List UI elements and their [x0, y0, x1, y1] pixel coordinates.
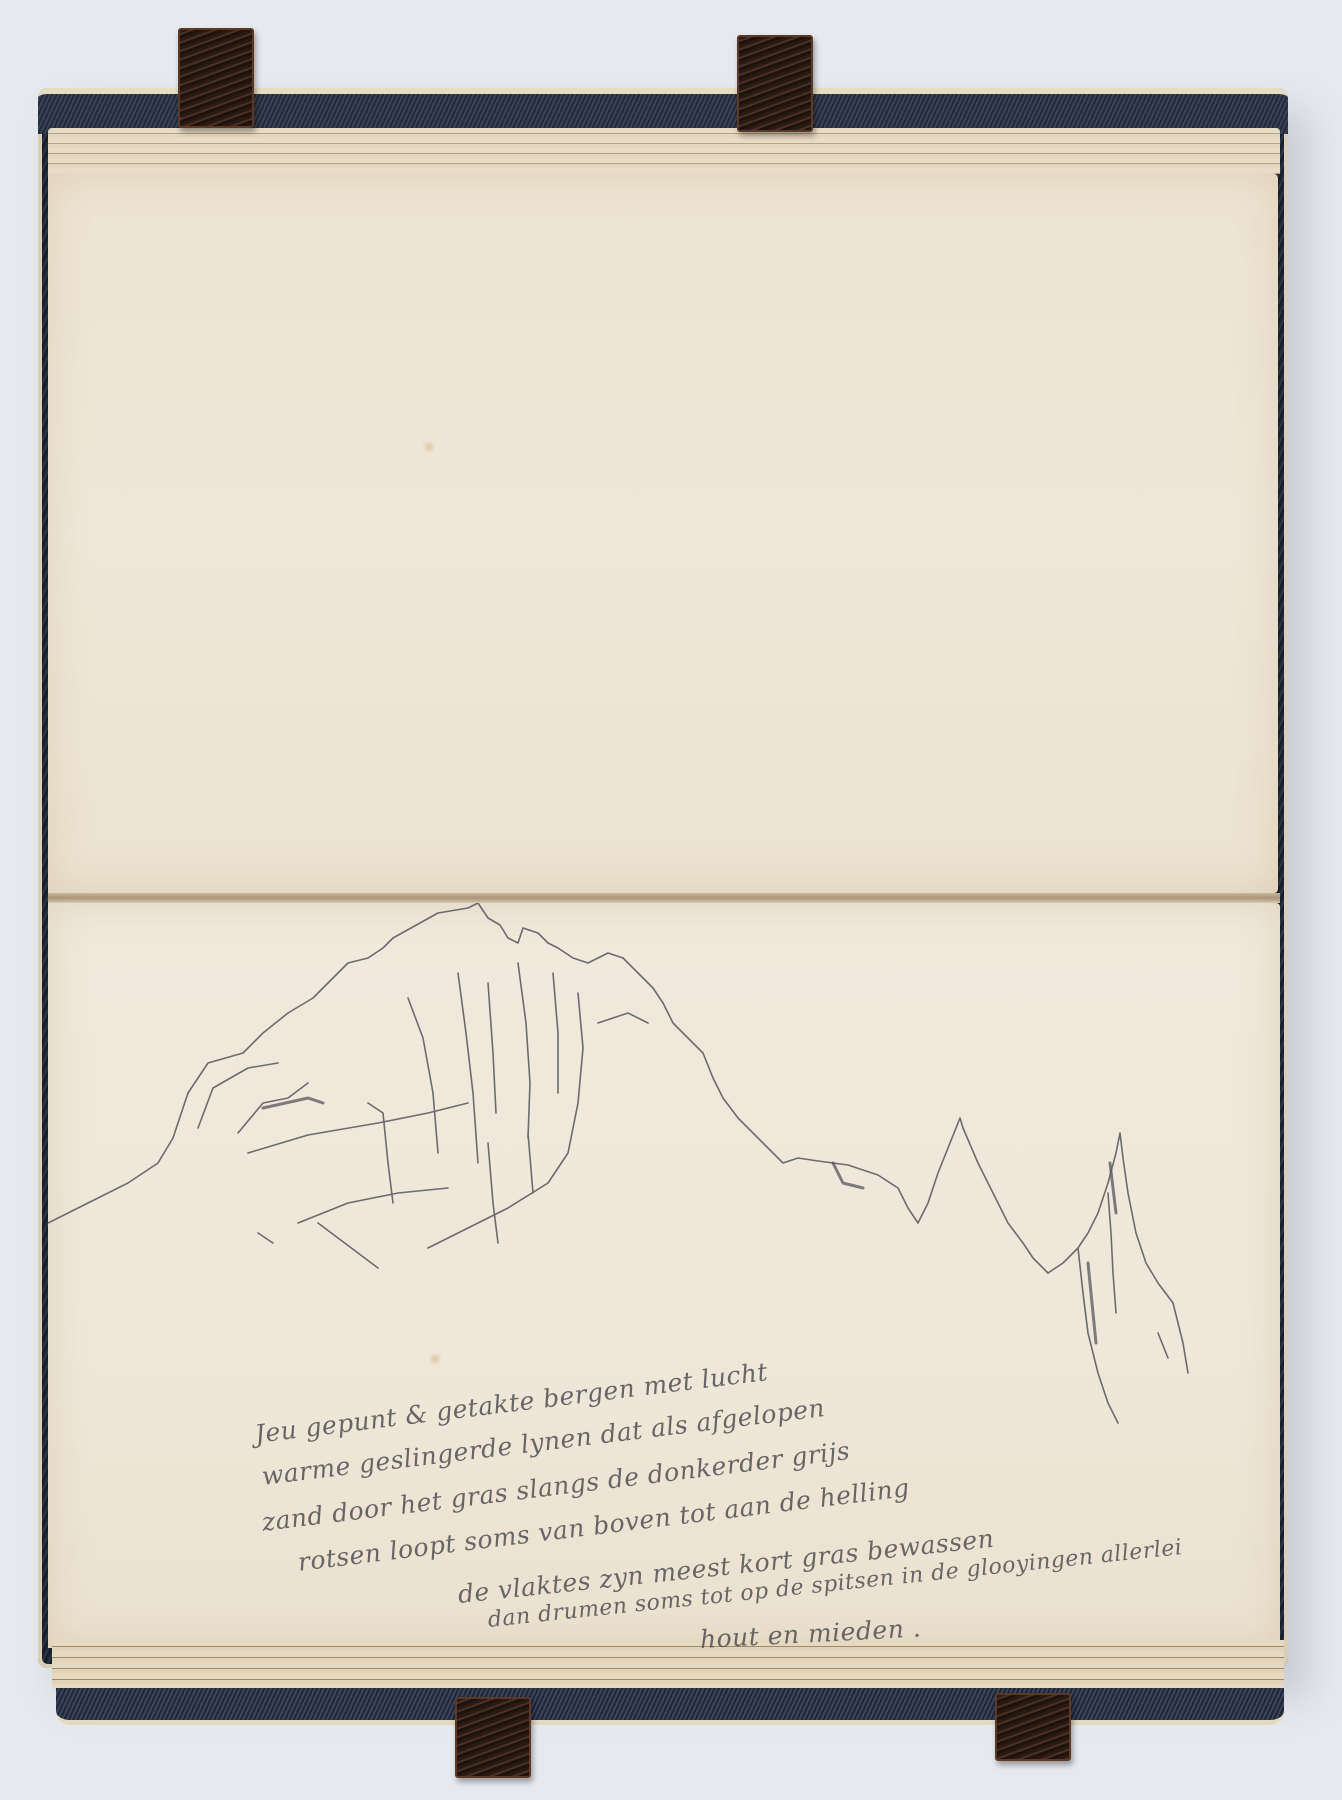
page-stack-top	[48, 128, 1280, 174]
mountain-sketch	[48, 903, 1280, 1648]
leather-strap-top-right	[737, 35, 813, 132]
leather-strap-bottom-left	[455, 1697, 531, 1778]
page-gutter	[48, 893, 1280, 903]
cover-bottom-edge	[56, 1688, 1284, 1725]
leather-strap-bottom-right	[995, 1693, 1071, 1761]
blank-top-page	[48, 173, 1278, 893]
leather-strap-top-left	[178, 28, 254, 128]
paper-stain	[422, 440, 436, 454]
